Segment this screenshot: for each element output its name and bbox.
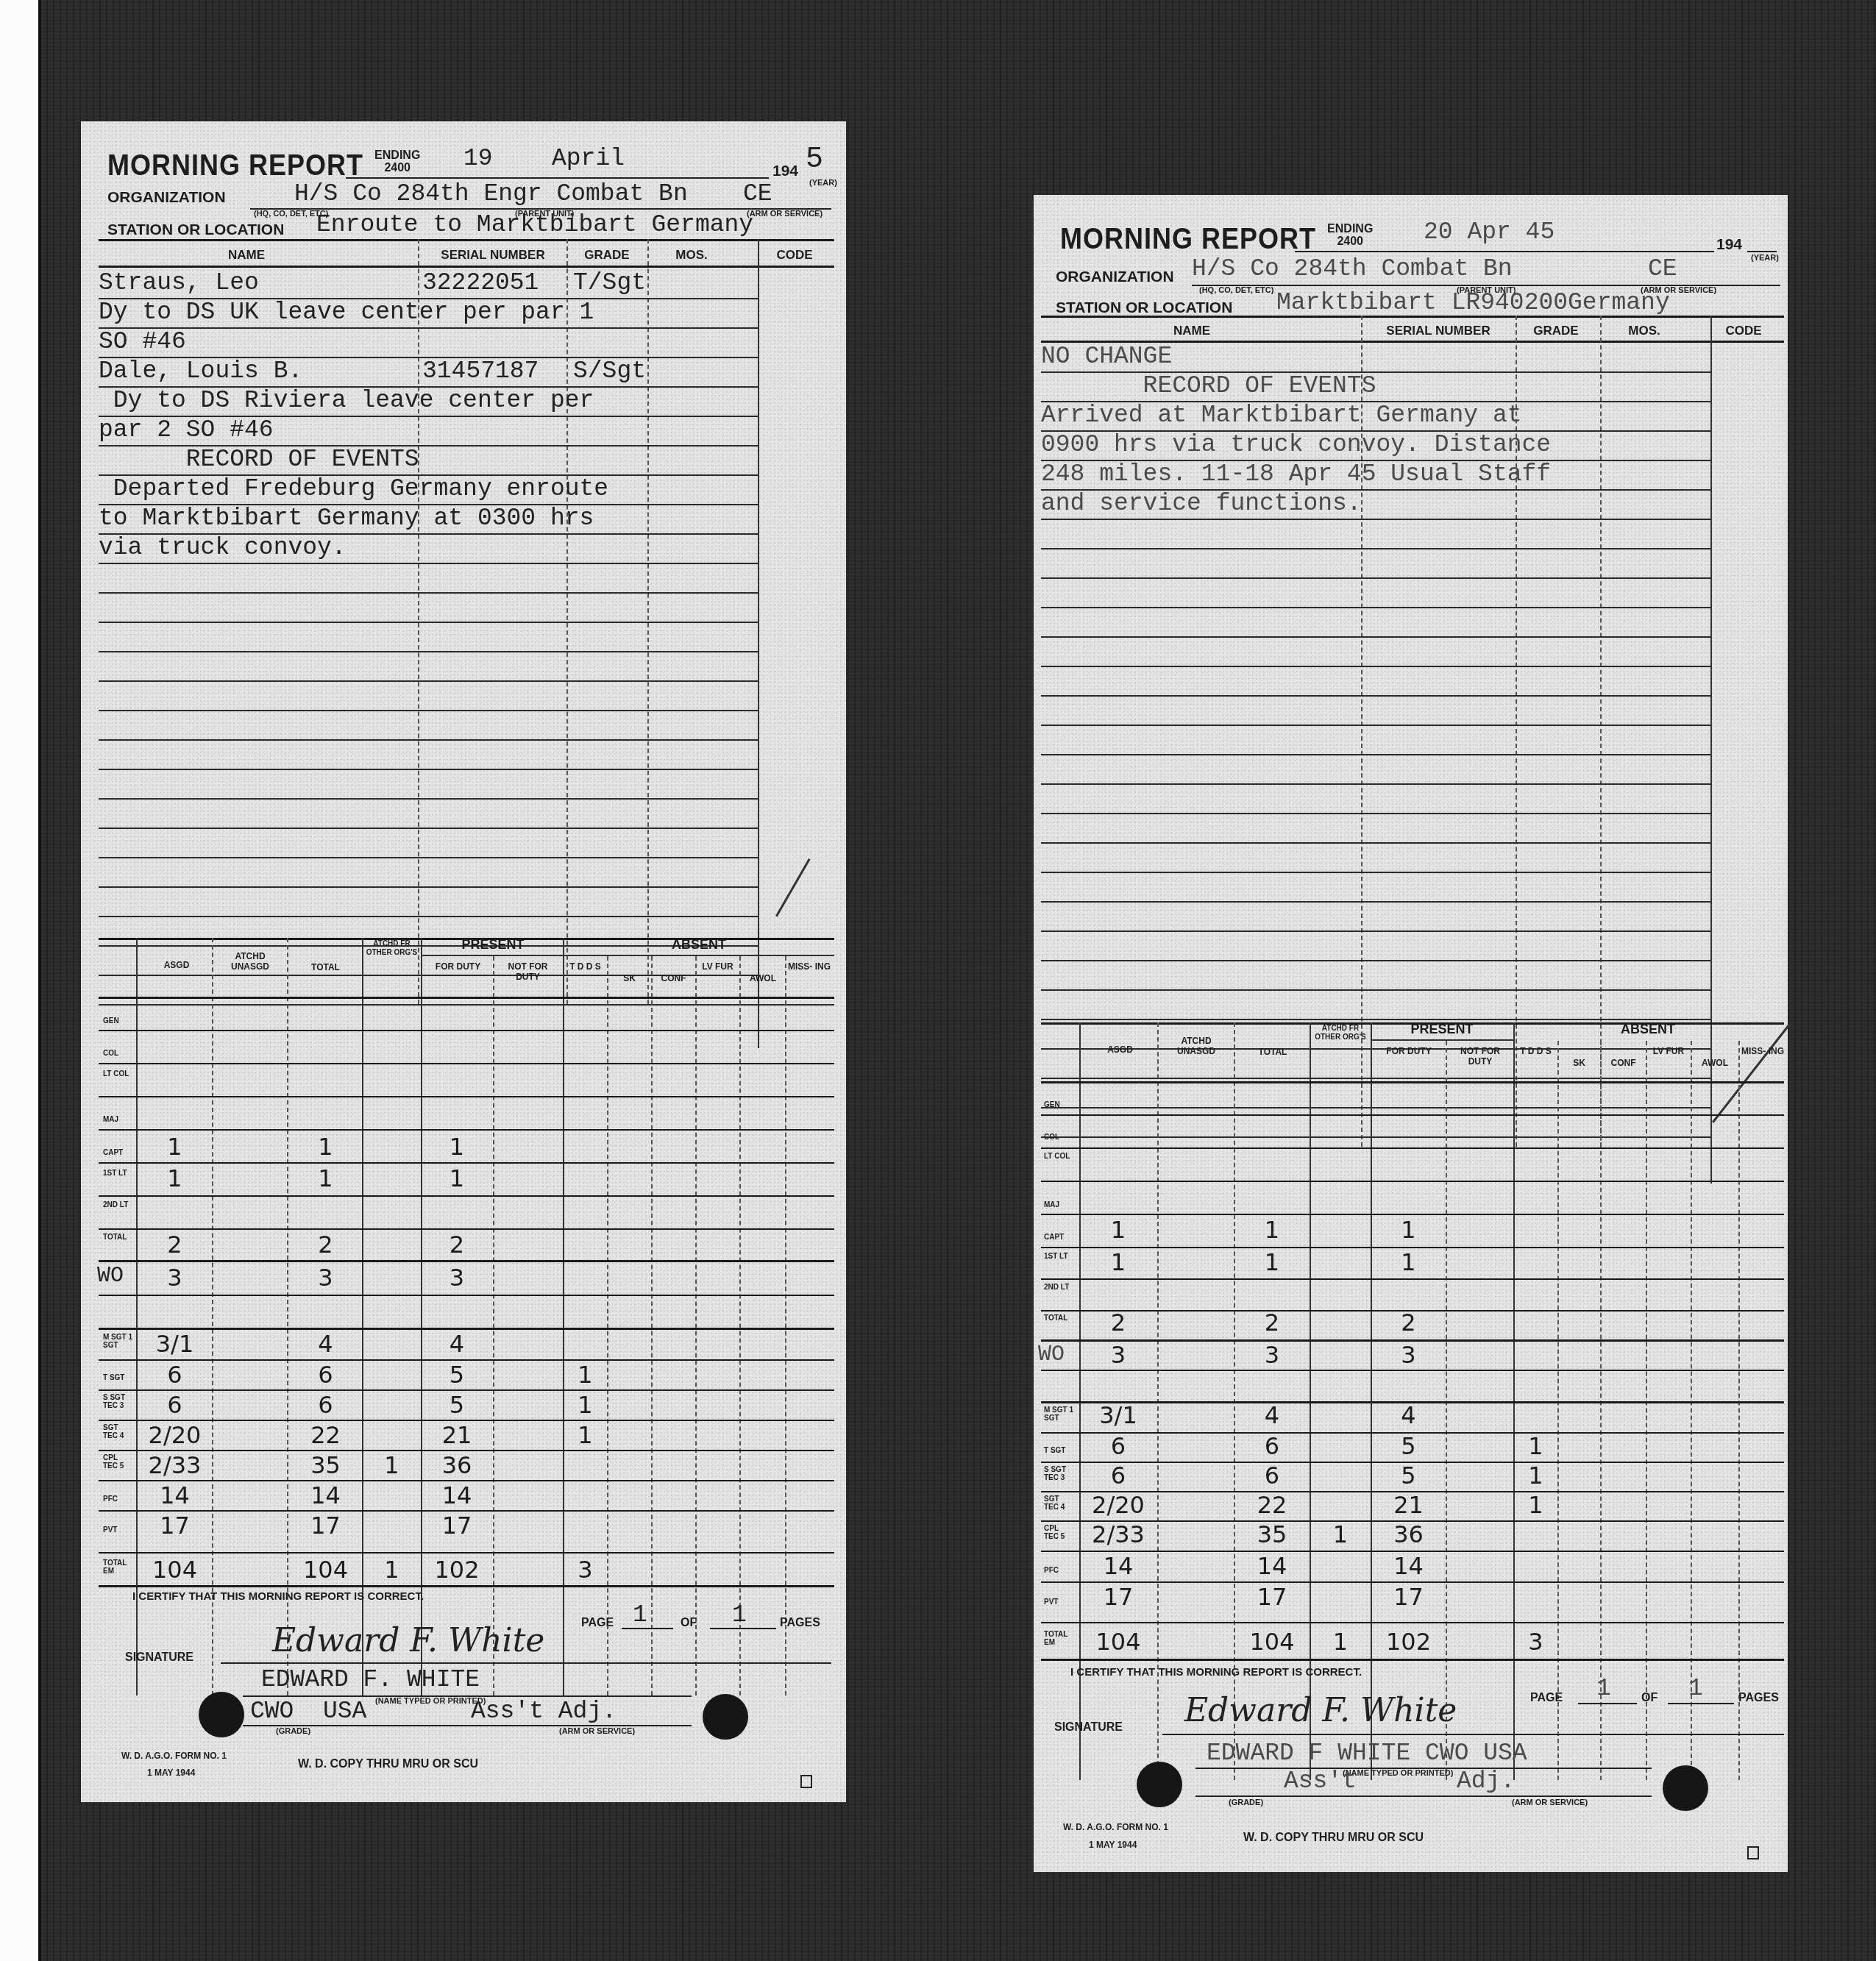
field-text: W. D. A.G.O. FORM NO. 1 <box>1063 1822 1168 1832</box>
checkmark <box>775 858 811 917</box>
rule-line <box>99 239 834 241</box>
entry-row: Departed Fredeburg Germany enroute <box>99 474 758 505</box>
rule-line <box>1041 930 1710 961</box>
entry-row: NO CHANGE <box>1041 342 1710 373</box>
rule-line <box>99 769 758 800</box>
field-text: T D D S <box>565 961 605 972</box>
rule-line <box>99 651 758 682</box>
organization-label: ORGANIZATION <box>1056 268 1174 286</box>
field-text: 2ND LT <box>103 1201 132 1209</box>
field-text: CAPT <box>103 1149 123 1157</box>
rule-line <box>287 938 288 1695</box>
rule-line <box>1557 1041 1559 1780</box>
rule-line <box>99 1162 834 1164</box>
field-text: NOT FOR DUTY <box>1448 1046 1513 1067</box>
field-text: T D D S <box>1516 1046 1556 1056</box>
signer-grade: CWO USA <box>250 1698 366 1725</box>
field-text: MOS. <box>662 248 721 263</box>
field-text: CODE <box>1714 324 1773 338</box>
rule-line <box>1041 1081 1784 1083</box>
field-text: 21 <box>1374 1491 1443 1519</box>
corner-box <box>800 1775 812 1788</box>
field-text: 1 <box>423 1164 491 1192</box>
rule-line <box>99 1585 834 1587</box>
field-text: GRADE <box>570 248 644 263</box>
field-text: 6 <box>140 1391 210 1419</box>
field-text: 1 <box>565 1361 605 1389</box>
signer-name: EDWARD F. WHITE <box>261 1666 480 1693</box>
rule-line <box>1646 1041 1647 1780</box>
entry-row: SO #46 <box>99 327 758 358</box>
field-text: T SGT <box>103 1374 124 1382</box>
rule-line <box>1041 519 1710 549</box>
field-text: ATCHD UNASGD <box>217 951 283 972</box>
entry-row: 0900 hrs via truck convoy. Distance <box>1041 430 1710 461</box>
field-text: PAGES <box>780 1617 820 1630</box>
field-text: (YEAR) <box>809 179 837 188</box>
field-text: FOR DUTY <box>1376 1046 1442 1056</box>
rule-line <box>1041 607 1710 638</box>
field-text: 3 <box>140 1264 210 1292</box>
field-text: GEN <box>1044 1101 1060 1109</box>
field-text: AWOL <box>1693 1058 1737 1068</box>
entry-row: 248 miles. 11-18 Apr 45 Usual Staff <box>1041 460 1710 491</box>
field-text: CODE <box>765 248 824 263</box>
ending-label: ENDING2400 <box>374 149 420 174</box>
signature: Edward F. White <box>1184 1692 1457 1729</box>
rule-line <box>99 798 758 829</box>
rule-line <box>212 938 213 1695</box>
entry-row: via truck convoy. <box>99 533 758 564</box>
certify-text: I CERTIFY THAT THIS MORNING REPORT IS CO… <box>132 1590 424 1603</box>
field-text: T SGT <box>1044 1447 1065 1455</box>
rule-line <box>1041 1147 1784 1149</box>
rule-line <box>1041 1278 1784 1280</box>
record-of-events-heading: RECORD OF EVENTS <box>1041 371 1710 402</box>
certify-text: I CERTIFY THAT THIS MORNING REPORT IS CO… <box>1070 1666 1362 1679</box>
field-text: (GRADE) <box>1229 1798 1263 1807</box>
field-text: 1ST LT <box>103 1170 132 1178</box>
field-text: 1ST LT <box>1044 1253 1073 1261</box>
field-text: LV FUR <box>1648 1046 1689 1056</box>
field-text: SGT TEC 4 <box>1044 1495 1073 1512</box>
rule-line <box>1041 783 1710 814</box>
field-text: (YEAR) <box>1751 254 1779 263</box>
field-text: ENDING <box>1327 223 1373 235</box>
signature: Edward F. White <box>272 1622 544 1659</box>
rule-line <box>1041 1107 1710 1138</box>
field-text: 104 <box>1236 1628 1308 1656</box>
corner-box <box>1747 1846 1759 1859</box>
field-text: OF <box>681 1617 697 1630</box>
field-text: 2 <box>1081 1309 1155 1337</box>
field-text: 1 <box>1374 1216 1443 1244</box>
field-text: and service functions. <box>1041 490 1362 517</box>
field-text: S/Sgt <box>573 357 646 385</box>
field-text: 2/20 <box>1081 1491 1155 1519</box>
field-text: 104 <box>1081 1628 1155 1656</box>
entry-row: Dale, Louis B. 31457187 S/Sgt <box>99 357 758 388</box>
field-text: 14 <box>140 1481 210 1509</box>
field-text: 6 <box>1081 1462 1155 1490</box>
binder-hole <box>1137 1762 1182 1807</box>
field-text: 6 <box>140 1361 210 1389</box>
field-text: CONF <box>653 973 694 983</box>
field-text: 1 <box>1374 1248 1443 1276</box>
field-text: 14 <box>1081 1552 1155 1580</box>
field-text: 1 <box>140 1133 210 1161</box>
field-text: 1 <box>364 1451 419 1479</box>
field-text: PRESENT <box>427 939 559 950</box>
rule-line <box>99 1195 834 1197</box>
field-text: 102 <box>1374 1628 1443 1656</box>
field-text: AWOL <box>742 973 784 983</box>
rule-line <box>421 938 422 1695</box>
field-text: (NAME TYPED OR PRINTED) <box>1343 1769 1453 1778</box>
report-header: MORNING REPORT ENDING2400 <box>1060 223 1773 254</box>
entry-row: Arrived at Marktbibart Germany at <box>1041 401 1710 432</box>
rule-line <box>99 1129 834 1131</box>
field-text: to Marktbibart Germany at 0300 hrs <box>99 505 594 532</box>
field-text: S SGT TEC 3 <box>103 1394 132 1410</box>
field-text: TOTAL <box>1240 1047 1306 1057</box>
rule-line <box>136 938 138 1695</box>
rule-line <box>1041 901 1710 932</box>
rule-line <box>1041 548 1710 579</box>
field-text: 32222051 <box>422 269 539 296</box>
arm-service-value: CE <box>743 180 772 207</box>
rule-line <box>1041 577 1710 608</box>
signer-arm: Adj. <box>1457 1768 1515 1795</box>
field-text: 2 <box>1374 1309 1443 1337</box>
rule-line <box>1691 1041 1692 1780</box>
rule-line <box>1710 316 1712 1184</box>
page-total: 1 <box>732 1601 747 1629</box>
field-text: 17 <box>1081 1583 1155 1611</box>
field-text: 1 MAY 1944 <box>1089 1840 1137 1850</box>
entry-row: Straus, Leo 32222051 T/Sgt <box>99 268 758 299</box>
field-text: M SGT 1 SGT <box>1044 1406 1073 1423</box>
signer-arm: Ass't Adj. <box>471 1698 617 1725</box>
rule-line <box>243 1725 692 1726</box>
field-text: 3 <box>1516 1628 1556 1656</box>
field-text: 22 <box>291 1421 360 1449</box>
field-text: TOTAL EM <box>1044 1631 1073 1647</box>
field-text: ATCHD FR OTHER ORG'S <box>364 940 419 958</box>
century-label: 194 <box>772 163 798 180</box>
field-text: 1 <box>1312 1628 1369 1656</box>
rule-line <box>1041 1181 1784 1182</box>
field-text: 6 <box>1081 1432 1155 1460</box>
report-month: April <box>552 145 625 172</box>
rule-line <box>99 997 834 999</box>
field-text: (ARM OR SERVICE) <box>559 1727 635 1736</box>
rule-line <box>1162 1734 1784 1735</box>
field-text: 3/1 <box>140 1330 210 1358</box>
field-text: 3 <box>1236 1341 1308 1369</box>
page-total: 1 <box>1688 1675 1703 1702</box>
field-text: 2 <box>140 1231 210 1259</box>
rule-line <box>1041 725 1710 755</box>
station-value: Marktbibart LR940200Germany <box>1276 289 1670 316</box>
rule-line <box>1041 1622 1784 1623</box>
field-text: CONF <box>1602 1058 1644 1068</box>
field-text: TOTAL <box>1044 1314 1073 1323</box>
binder-hole <box>199 1692 244 1737</box>
entry-row: to Marktbibart Germany at 0300 hrs <box>99 504 758 535</box>
signer-grade: Ass't <box>1284 1768 1357 1795</box>
field-text: 3/1 <box>1081 1401 1155 1429</box>
field-text: 3 <box>291 1264 360 1292</box>
copy-note: W. D. COPY THRU MRU OR SCU <box>1243 1832 1424 1845</box>
field-text: 3 <box>1081 1341 1155 1369</box>
field-text: 1 <box>140 1164 210 1192</box>
field-text: MOS. <box>1615 324 1674 338</box>
rule-line <box>1295 251 1714 252</box>
field-text: 17 <box>423 1512 491 1540</box>
field-text: ASGD <box>147 960 206 970</box>
field-text: 3 <box>1374 1341 1443 1369</box>
field-text: 17 <box>1374 1583 1443 1611</box>
station-label: STATION OR LOCATION <box>1056 299 1232 317</box>
field-text: PAGE <box>1530 1692 1563 1705</box>
rule-line <box>99 1030 834 1031</box>
field-text: Dale, Louis B. <box>99 357 302 385</box>
rule-line <box>710 1628 776 1629</box>
rule-line <box>1600 1041 1602 1780</box>
signer-name: EDWARD F WHITE CWO USA <box>1207 1740 1527 1767</box>
field-text: SGT TEC 4 <box>103 1424 132 1440</box>
field-text: 17 <box>291 1512 360 1540</box>
rule-line <box>1041 636 1710 667</box>
page-number: 1 <box>1596 1675 1611 1702</box>
field-text: SO #46 <box>99 328 186 355</box>
field-text: PVT <box>103 1526 117 1534</box>
rule-line <box>1747 251 1777 252</box>
field-text: 1 <box>1236 1248 1308 1276</box>
field-text: 17 <box>1236 1583 1308 1611</box>
entry-row: Dy to DS Riviera leave center per <box>99 386 758 417</box>
report-day: 19 <box>463 145 493 172</box>
field-text: 102 <box>423 1556 491 1584</box>
field-text: 2400 <box>1337 235 1363 248</box>
field-text: W. D. A.G.O. FORM NO. 1 <box>121 1751 227 1761</box>
rule-line <box>99 1096 834 1097</box>
field-text: 5 <box>1374 1462 1443 1490</box>
page-number: 1 <box>633 1601 647 1629</box>
field-text: 1 <box>291 1164 360 1192</box>
field-text: CPL TEC 5 <box>1044 1525 1073 1541</box>
rule-line <box>99 622 758 652</box>
rule-line <box>622 1628 673 1629</box>
field-text: 17 <box>140 1512 210 1540</box>
field-text: RECORD OF EVENTS <box>99 446 419 473</box>
field-text: 1 <box>364 1556 419 1584</box>
field-text: RECORD OF EVENTS <box>1041 372 1376 399</box>
field-text: 2/33 <box>140 1451 210 1479</box>
rule-line <box>563 938 564 1695</box>
copy-note: W. D. COPY THRU MRU OR SCU <box>298 1758 478 1771</box>
rule-line <box>1041 754 1710 785</box>
rule-line <box>362 938 363 1695</box>
field-text: CPL TEC 5 <box>103 1454 132 1470</box>
rule-line <box>99 886 758 917</box>
field-text: ABSENT <box>566 939 831 950</box>
report-title: MORNING REPORT <box>107 147 363 182</box>
field-text: 14 <box>423 1481 491 1509</box>
organization-label: ORGANIZATION <box>107 189 226 207</box>
station-value: Enroute to Marktbibart Germany <box>316 211 753 238</box>
organization-value: H/S Co 284th Combat Bn <box>1192 255 1513 282</box>
field-text: 2/20 <box>140 1421 210 1449</box>
field-text: 6 <box>1236 1462 1308 1490</box>
rule-line <box>99 857 758 888</box>
signature-label: SIGNATURE <box>1054 1721 1123 1734</box>
field-text: PFC <box>1044 1567 1059 1575</box>
rule-line <box>1041 1114 1784 1116</box>
field-text: 1 <box>565 1421 605 1449</box>
field-text: par 2 SO #46 <box>99 416 274 444</box>
field-text: Arrived at Marktbibart Germany at <box>1041 402 1522 429</box>
morning-report-left: MORNING REPORT ENDING2400 19 April 194 5… <box>81 121 846 1802</box>
rule-line <box>99 710 758 741</box>
row-label-wo: WO <box>97 1264 124 1289</box>
rule-line <box>1041 695 1710 726</box>
field-text: COL <box>103 1050 118 1058</box>
field-text: 35 <box>1236 1520 1308 1548</box>
rule-line <box>758 239 759 1048</box>
field-text: 22 <box>1236 1491 1308 1519</box>
field-text: PRESENT <box>1376 1024 1508 1034</box>
field-text: 5 <box>1374 1432 1443 1460</box>
rule-line <box>1578 1703 1637 1704</box>
rule-line <box>1041 1659 1784 1661</box>
field-text: ATCHD UNASGD <box>1162 1036 1230 1056</box>
checkmark <box>1712 1023 1791 1123</box>
field-text: 4 <box>1374 1401 1443 1429</box>
binder-hole <box>1663 1765 1708 1811</box>
field-text: Departed Fredeburg Germany enroute <box>99 475 608 502</box>
field-text: 14 <box>1374 1552 1443 1580</box>
scan-margin <box>0 0 41 1961</box>
rule-line <box>99 1228 834 1230</box>
rule-line <box>1041 960 1710 991</box>
field-text: ENDING <box>374 149 420 162</box>
record-of-events-heading: RECORD OF EVENTS <box>99 445 758 476</box>
field-text: ASGD <box>1089 1044 1151 1055</box>
rule-line <box>1041 316 1784 318</box>
field-text: 6 <box>291 1391 360 1419</box>
field-text: CAPT <box>1044 1234 1064 1242</box>
field-text: MAJ <box>1044 1201 1059 1209</box>
rule-line <box>99 1260 834 1262</box>
entry-row: and service functions. <box>1041 489 1710 520</box>
field-text: M SGT 1 SGT <box>103 1334 132 1350</box>
field-text: 1 <box>423 1133 491 1161</box>
field-text: 0900 hrs via truck convoy. Distance <box>1041 431 1551 458</box>
field-text: 36 <box>423 1451 491 1479</box>
field-text: TOTAL EM <box>103 1559 132 1576</box>
field-text: 2 <box>1236 1309 1308 1337</box>
field-text: FOR DUTY <box>427 961 489 972</box>
rule-line <box>99 975 834 1006</box>
rule-line <box>1041 1370 1784 1371</box>
field-text: (GRADE) <box>276 1727 310 1736</box>
station-label: STATION OR LOCATION <box>107 221 284 239</box>
organization-value: H/S Co 284th Engr Combat Bn <box>294 180 688 207</box>
field-text: NOT FOR DUTY <box>497 961 559 982</box>
field-text: 5 <box>423 1361 491 1389</box>
field-text: 1 <box>291 1133 360 1161</box>
field-text: GEN <box>103 1017 119 1025</box>
field-text: 104 <box>140 1556 210 1584</box>
field-text: 6 <box>291 1361 360 1389</box>
field-text: MISS- ING <box>1741 1046 1785 1056</box>
field-text: MISS- ING <box>787 961 831 972</box>
field-text: 4 <box>423 1330 491 1358</box>
field-text: 6 <box>1236 1432 1308 1460</box>
field-text: 21 <box>423 1421 491 1449</box>
report-date: 20 Apr 45 <box>1424 218 1555 246</box>
rule-line <box>99 739 758 770</box>
field-text: 1 MAY 1944 <box>147 1768 195 1778</box>
field-text: 1 <box>1312 1520 1369 1548</box>
rule-line <box>1041 666 1710 697</box>
field-text: Dy to DS Riviera leave center per <box>99 387 594 414</box>
field-text: 1 <box>565 1391 605 1419</box>
field-text: 1 <box>1081 1216 1155 1244</box>
entry-row: Dy to DS UK leave center per par 1 <box>99 298 758 329</box>
field-text: 1 <box>1516 1432 1556 1460</box>
field-text: 1 <box>1516 1462 1556 1490</box>
field-text: 2/33 <box>1081 1520 1155 1548</box>
field-text: 5 <box>423 1391 491 1419</box>
field-text: PAGES <box>1738 1692 1779 1705</box>
field-text: via truck convoy. <box>99 534 347 561</box>
entry-row: par 2 SO #46 <box>99 416 758 446</box>
field-text: 35 <box>291 1451 360 1479</box>
field-text: 1 <box>1236 1216 1308 1244</box>
rule-line <box>1446 1041 1447 1780</box>
field-text: LT COL <box>103 1070 132 1078</box>
field-text: PFC <box>103 1495 118 1503</box>
rule-line <box>1195 1795 1652 1797</box>
morning-report-right: MORNING REPORT ENDING2400 20 Apr 45 194 … <box>1034 195 1788 1872</box>
field-text: 104 <box>291 1556 360 1584</box>
field-text: SERIAL NUMBER <box>1365 324 1512 338</box>
rule-line <box>1041 813 1710 844</box>
rule-line <box>1738 1041 1740 1780</box>
report-year-digit: 5 <box>806 143 823 177</box>
field-text: (NAME TYPED OR PRINTED) <box>375 1697 486 1706</box>
field-text: 31457187 <box>422 357 539 385</box>
rule-line <box>99 592 758 623</box>
rule-line <box>99 1295 834 1296</box>
field-text: LV FUR <box>697 961 738 972</box>
field-text: 2ND LT <box>1044 1284 1073 1292</box>
rule-line <box>221 1662 831 1664</box>
field-text: 4 <box>1236 1401 1308 1429</box>
signature-label: SIGNATURE <box>125 1651 193 1665</box>
field-text: NAME <box>191 248 302 263</box>
rule-line <box>99 1552 834 1554</box>
rule-line <box>1041 872 1710 903</box>
rule-line <box>1041 989 1710 1020</box>
field-text: NAME <box>1137 324 1247 338</box>
field-text: S SGT TEC 3 <box>1044 1466 1073 1482</box>
field-text: 1 <box>1516 1491 1556 1519</box>
field-text: (ARM OR SERVICE) <box>747 210 822 218</box>
